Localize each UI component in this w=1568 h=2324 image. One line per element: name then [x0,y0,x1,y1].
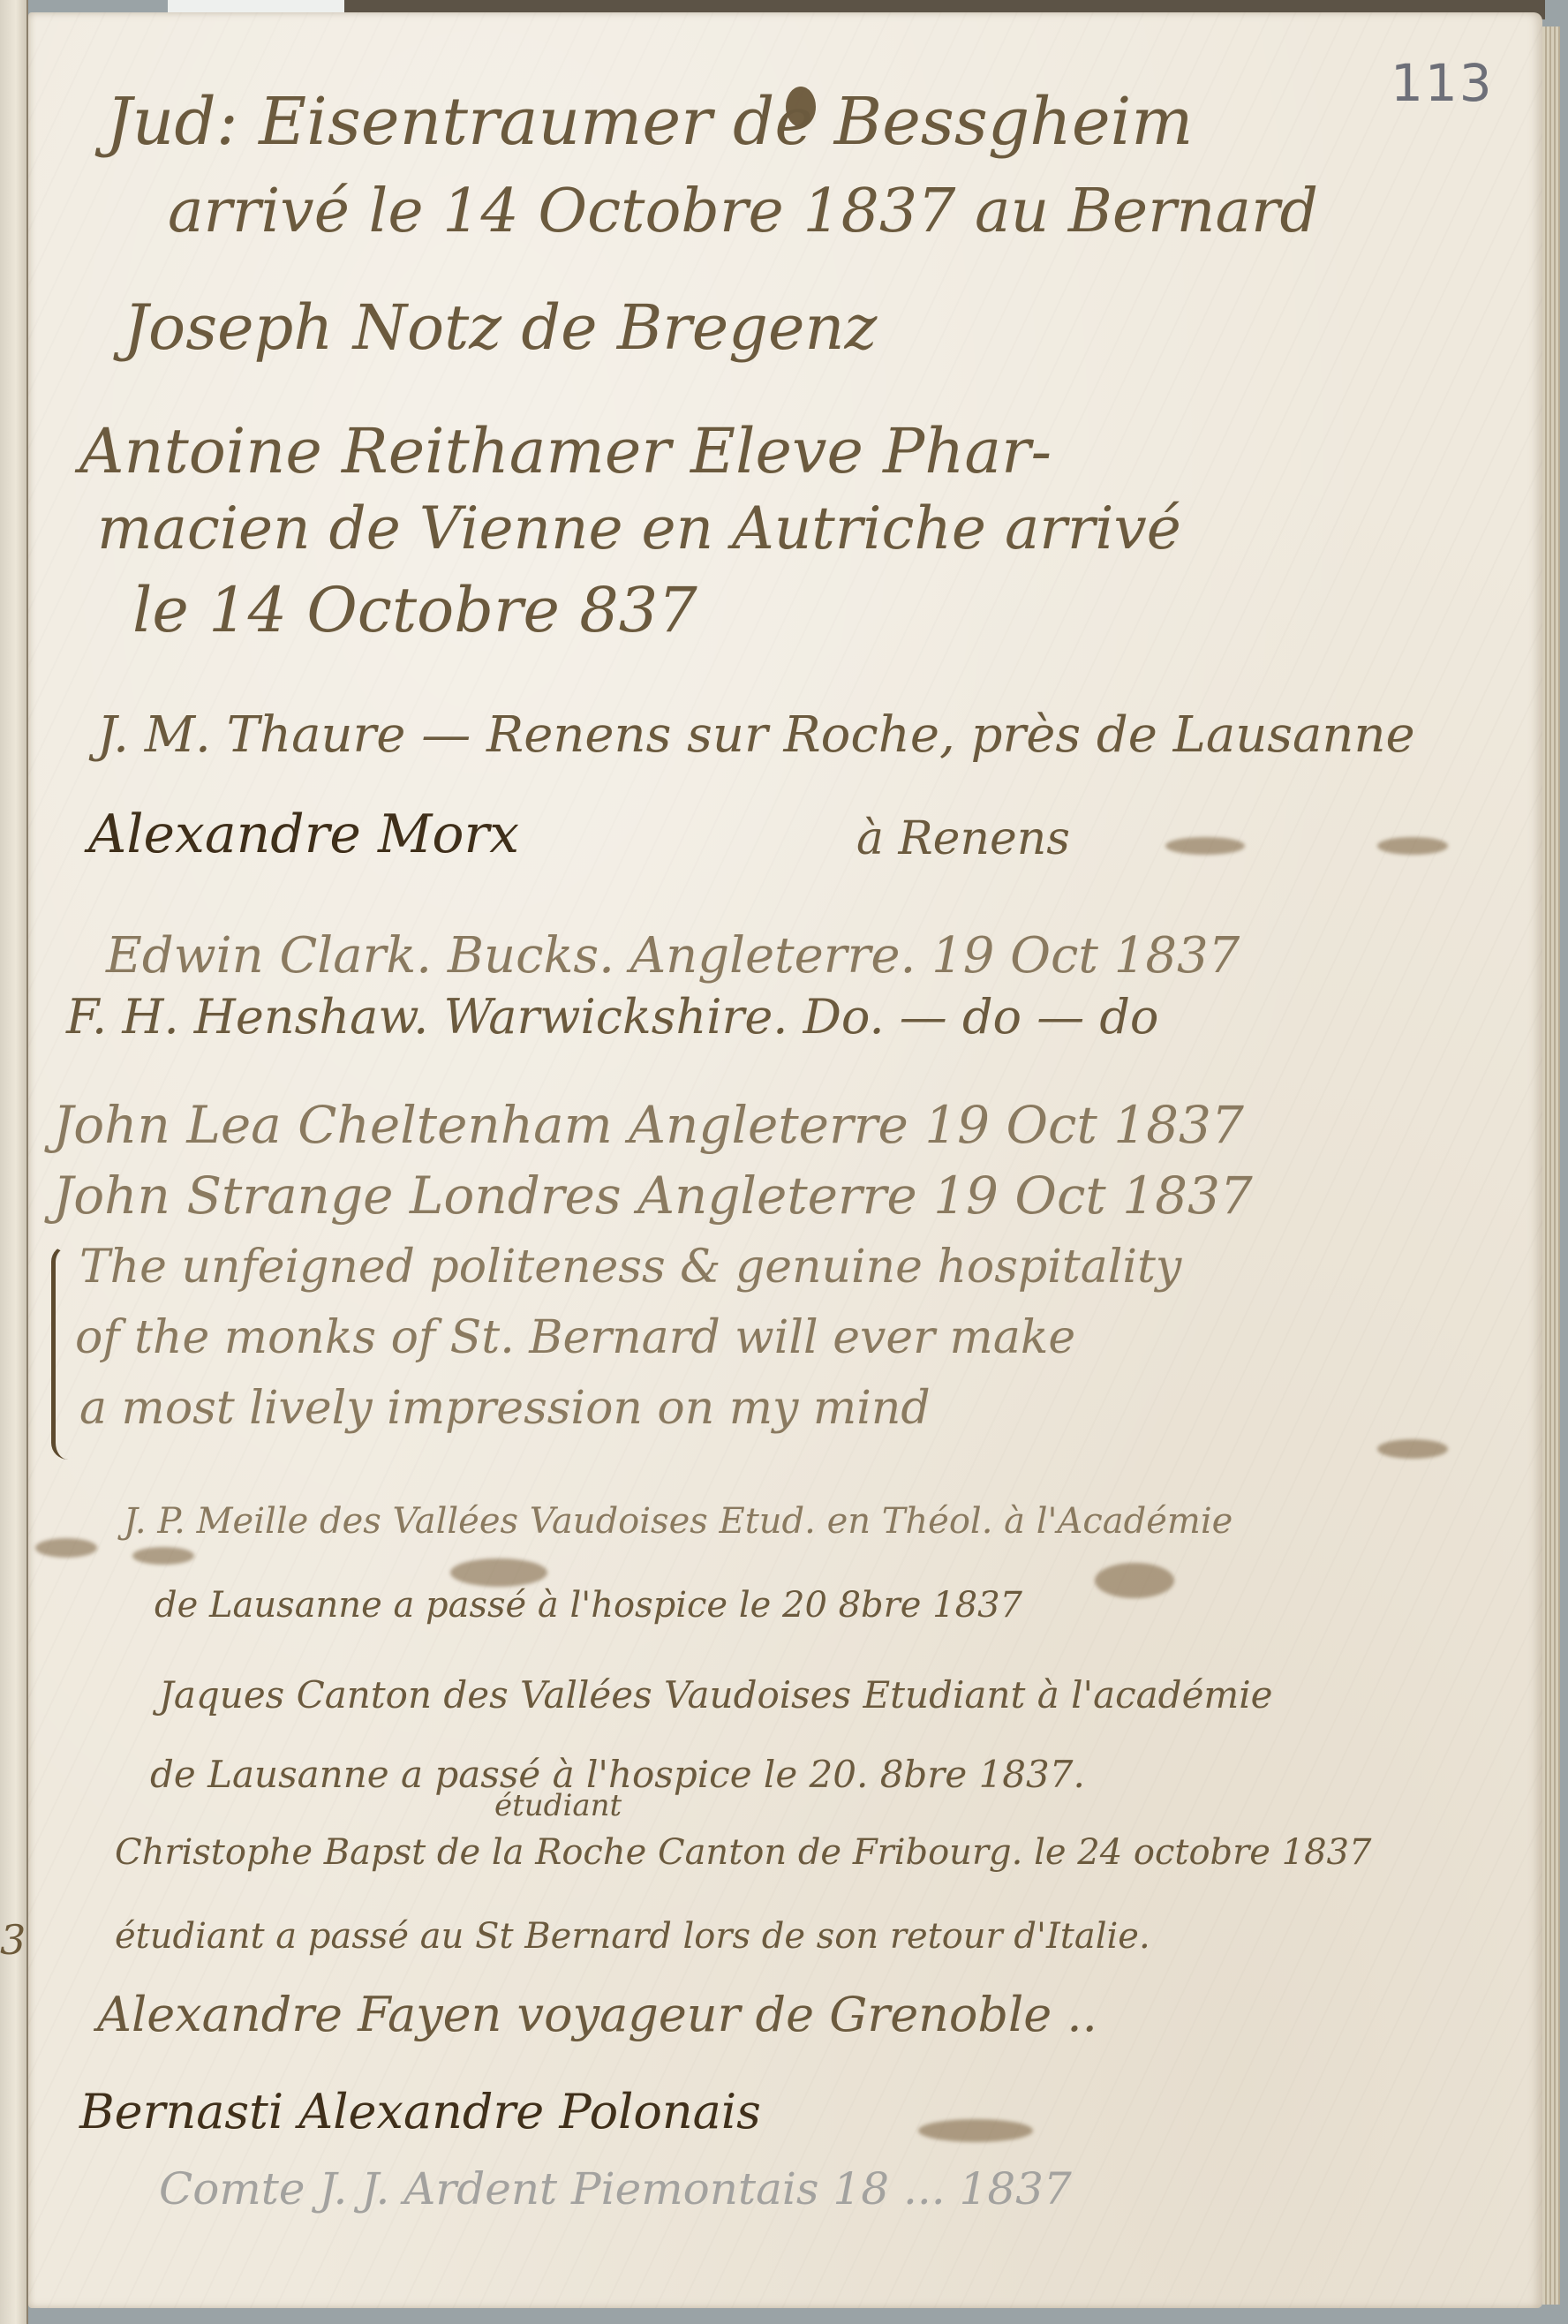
entry-line: à Renens [856,812,1070,865]
ink-smudge [1095,1563,1174,1598]
entry-line: Jaques Canton des Vallées Vaudoises Etud… [159,1673,1273,1717]
ink-smudge [450,1558,547,1587]
page-stack-edge [1542,26,1560,2305]
interlinear-insert: étudiant [494,1788,622,1823]
entry-line: J. P. Meille des Vallées Vaudoises Etud.… [124,1501,1233,1542]
ink-smudge [132,1547,194,1565]
ink-smudge [1377,837,1448,855]
ink-smudge [1165,837,1245,855]
entry-line: de Lausanne a passé à l'hospice le 20 8b… [155,1585,1022,1626]
margin-note: 3 [0,1916,26,1964]
entry-line: Christophe Bapst de la Roche Canton de F… [115,1832,1371,1873]
entry-line-pencil: Comte J. J. Ardent Piemontais 18 ... 183… [159,2163,1072,2215]
folio-number: 113 [1391,53,1494,113]
entry-line: étudiant a passé au St Bernard lors de s… [115,1916,1150,1957]
margin-bracket [51,1245,68,1460]
entry-line: of the monks of St. Bernard will ever ma… [75,1311,1075,1364]
facing-page-edge [0,0,28,2324]
entry-line: The unfeigned politeness & genuine hospi… [79,1241,1181,1294]
book-scan: 113 3 Jud: Eisentraumer de Bessgheim arr… [0,0,1568,2324]
entry-line: Alexandre Morx [88,804,519,865]
entry-line: F. H. Henshaw. Warwickshire. Do. — do — … [66,989,1158,1045]
entry-line: arrivé le 14 Octobre 1837 au Bernard [168,177,1318,246]
ink-smudge [1377,1439,1448,1459]
entry-line: Jud: Eisentraumer de Bessgheim [106,84,1193,160]
entry-line: Bernasti Alexandre Polonais [79,2084,761,2139]
entry-line: Edwin Clark. Bucks. Angleterre. 19 Oct 1… [106,927,1240,985]
entry-line: Alexandre Fayen voyageur de Grenoble .. [97,1987,1097,2042]
entry-line: John Lea Cheltenham Angleterre 19 Oct 18… [53,1095,1244,1155]
entry-line: Antoine Reithamer Eleve Phar- [79,415,1052,487]
ink-smudge [918,2119,1033,2142]
entry-line: John Strange Londres Angleterre 19 Oct 1… [53,1166,1253,1226]
entry-line: le 14 Octobre 837 [132,574,697,646]
entry-line: J. M. Thaure — Renens sur Roche, près de… [97,706,1415,764]
ink-smudge [35,1538,97,1558]
entry-line: Joseph Notz de Bregenz [124,291,877,364]
entry-line: a most lively impression on my mind [79,1382,931,1435]
entry-line: macien de Vienne en Autriche arrivé [97,494,1181,562]
